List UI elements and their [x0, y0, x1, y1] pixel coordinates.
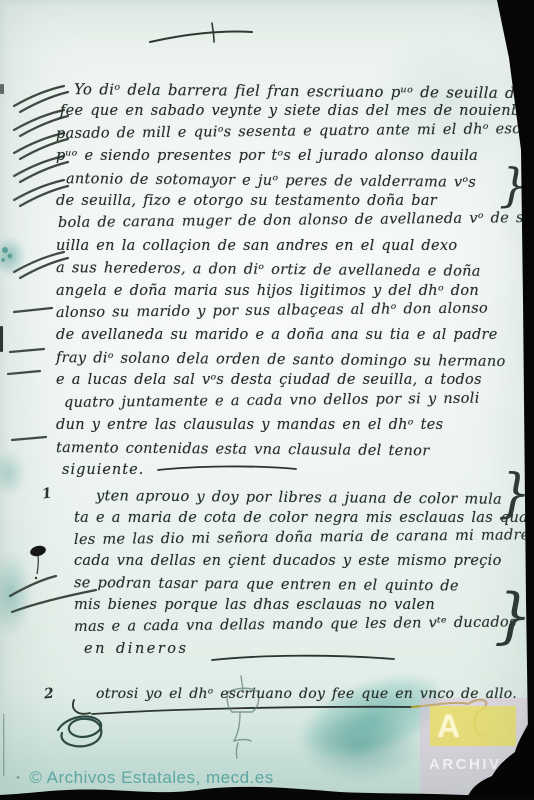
margin-number-1: 1 [41, 485, 53, 502]
stamp-letter: A [437, 708, 460, 744]
manuscript-line: quatro juntamente e a cada vno dellos po… [56, 387, 526, 414]
stamp-letter-box: A [430, 706, 516, 746]
brace-mark-3: } [494, 586, 532, 646]
manuscript-line: dun y entre las clausulas y mandas en el… [56, 414, 526, 436]
copyright-watermark: • © Archivos Estatales, mecd.es [16, 768, 274, 788]
manuscript-item-1: yten aprouo y doy por libres a juana de … [74, 486, 524, 660]
manuscript-line: pasado de mill e quiᵒs sesenta e quatro … [56, 118, 526, 145]
invocation-cross-icon [150, 23, 252, 42]
manuscript-line: mas e a cada vna dellas mando que les de… [74, 612, 524, 639]
manuscript-line: antonio de sotomayor e juᵒ peres de vald… [56, 168, 526, 195]
left-edge-marks [0, 84, 12, 776]
manuscript-line: a sus herederos, a don diᵒ ortiz de avel… [56, 257, 526, 284]
notary-rubric-flourish [58, 716, 101, 746]
manuscript-line: Yo diᵒ dela barrera fiel fran escriuano … [56, 78, 526, 105]
manuscript-line: cada vna dellas en çient ducados y este … [74, 551, 524, 573]
ink-stain-left-1 [0, 236, 26, 276]
manuscript-line: se podran tasar para que entren en el qu… [74, 573, 524, 599]
manuscript-page: Yo diᵒ dela barrera fiel fran escriuano … [0, 0, 534, 800]
manuscript-line: bola de carana muger de don alonso de av… [56, 208, 526, 235]
manuscript-line: pᵘᵒ e siendo presentes por tᵒs el jurado… [56, 145, 526, 167]
manuscript-line: fray diᵒ solano dela orden de santo domi… [56, 347, 526, 374]
stamp-word: ARCHIVO [429, 756, 516, 773]
manuscript-line: yten aprouo y doy por libres a juana de … [74, 486, 524, 512]
ink-stain-bottom-2 [300, 712, 420, 782]
ink-stain-left-3 [0, 552, 32, 636]
brace-mark-1: } [499, 162, 528, 208]
archive-stamp: A ARCHIVO [420, 698, 534, 795]
manuscript-line: les me las dio mi señora doña maria de c… [74, 525, 524, 552]
brace-mark-2: } [498, 468, 531, 520]
manuscript-line: en dineros [74, 639, 524, 661]
margin-number-2: 2 [43, 686, 54, 703]
ink-stain-left-2 [0, 450, 26, 496]
manuscript-line: uilla en la collaçion de san andres en e… [56, 235, 526, 257]
manuscript-line: tamento contenidas esta vna clausula del… [56, 437, 526, 464]
manuscript-paragraph-main: Yo diᵒ dela barrera fiel fran escriuano … [56, 78, 526, 481]
watermark-text: © Archivos Estatales, mecd.es [29, 768, 273, 788]
manuscript-line: alonso su marido y por sus albaçeas al d… [56, 297, 526, 324]
watermark-bullet: • [16, 772, 20, 784]
ink-blot [29, 544, 47, 579]
manuscript-line: de avellaneda su marido e a doña ana su … [56, 324, 526, 346]
